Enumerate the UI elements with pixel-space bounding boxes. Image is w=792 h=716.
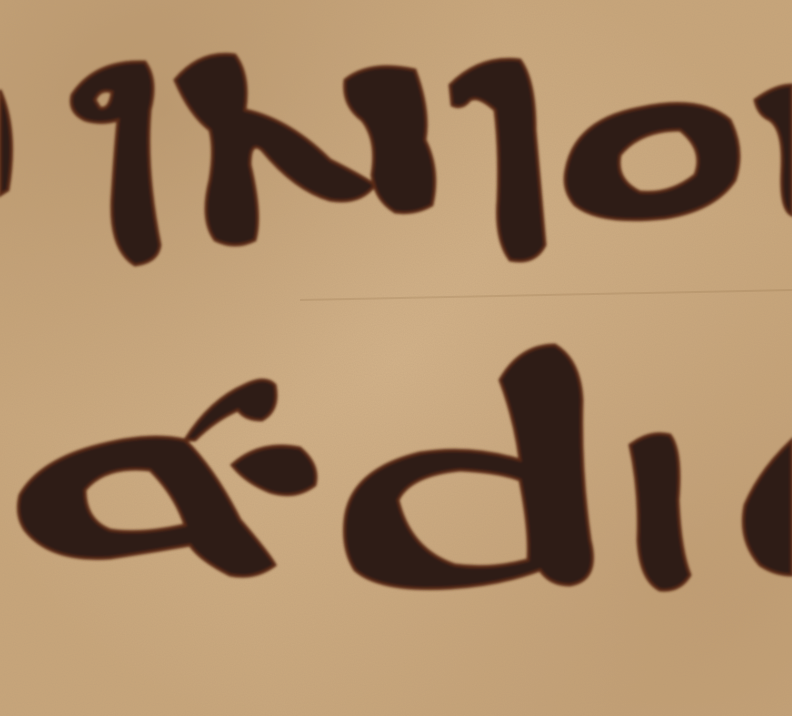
manuscript-script bbox=[0, 0, 792, 716]
manuscript-image: Close-up of medieval manuscript script o… bbox=[0, 0, 792, 716]
